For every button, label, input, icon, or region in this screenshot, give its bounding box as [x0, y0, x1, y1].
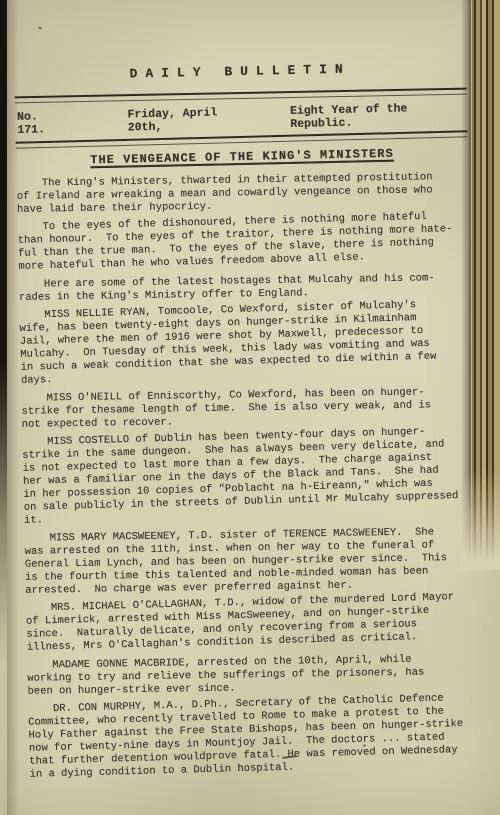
article-headline: THE VENGEANCE OF THE KING'S MINISTERS: [16, 145, 468, 169]
issue-date: Friday, April 20th,: [127, 106, 252, 135]
book-gutter-left-edge: [0, 0, 7, 660]
paragraph-intro: The King's Ministers, thwarted in their …: [17, 171, 470, 217]
paragraph-costello: MISS COSTELLO of Dublin has been twenty-…: [22, 425, 476, 528]
paragraph-mary-macsweeney: MISS MARY MACSWEENEY, T.D. sister of TER…: [24, 526, 477, 598]
republic-year: Eight Year of the Republic.: [290, 101, 468, 131]
paragraph-oneill: MISS O'NEILL of Enniscorthy, Co Wexford,…: [21, 386, 474, 432]
issue-number: No. 171.: [17, 110, 70, 137]
ink-speck-top-left: [38, 26, 42, 29]
paragraph-gonne-macbride: MADAME GONNE MACBRIDE, arrested on the 1…: [27, 653, 480, 699]
paragraph-con-murphy: DR. CON MURPHY, M.A., D.Ph., Secretary o…: [28, 692, 482, 782]
masthead-title: DAILY BULLETIN: [14, 59, 466, 84]
article-body: The King's Ministers, thwarted in their …: [16, 168, 481, 782]
paragraph-ocallaghan: MRS. MICHAEL O'CALLAGHAN, T.D., widow of…: [26, 591, 479, 655]
paragraph-eyes-of-dishonoured: To the eyes of the dishonoured, there is…: [17, 210, 470, 274]
horizontal-rule-top: [15, 88, 467, 104]
scanned-document-page: DAILY BULLETIN No. 171. Friday, April 20…: [0, 0, 500, 815]
document-content: DAILY BULLETIN No. 171. Friday, April 20…: [14, 59, 482, 787]
paragraph-nellie-ryan: MISS NELLIE RYAN, Tomcoole, Co Wexford, …: [19, 298, 473, 388]
